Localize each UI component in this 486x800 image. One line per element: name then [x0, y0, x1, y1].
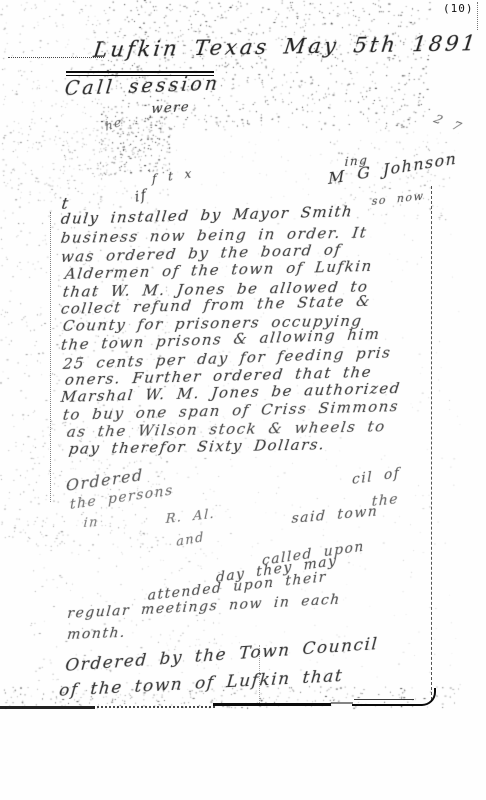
margin-tick [477, 2, 478, 30]
scanned-document-page: (10) Lufkin Texas May 5th 1891 Call sess… [0, 0, 486, 800]
call-sub-line: were [151, 100, 191, 117]
handwritten-line: month. [66, 625, 126, 643]
scan-artifact-line [8, 57, 104, 58]
right-page-edge-rule [431, 186, 432, 700]
left-margin-rule [50, 212, 51, 502]
page-number: (10) [443, 2, 474, 15]
handwritten-fragment: in [83, 515, 100, 531]
page-corner-edge [352, 688, 436, 706]
page-bottom-edge [331, 702, 353, 704]
page-bottom-edge [354, 699, 414, 700]
page-bottom-edge [93, 706, 215, 708]
page-bottom-edge [0, 706, 95, 709]
page-bottom-edge [213, 703, 331, 706]
smudge-mark: if [134, 187, 148, 206]
